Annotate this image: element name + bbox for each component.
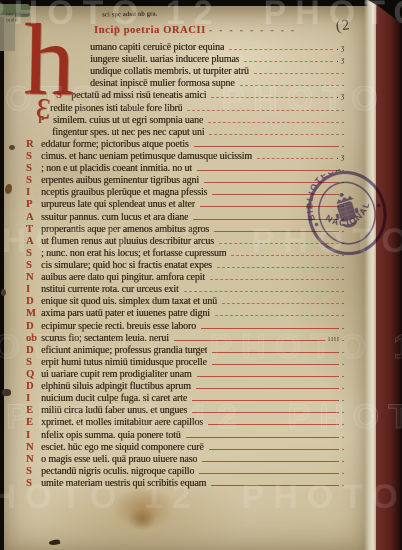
- line-text: scurus fio; sectantem leuia. nerui: [41, 333, 169, 344]
- line-filler: [212, 352, 339, 353]
- line-initial: ob: [26, 333, 41, 344]
- line-filler: [209, 449, 339, 450]
- margin-flourish: ʒ: [340, 55, 345, 64]
- line-end-dot: .: [342, 127, 344, 137]
- line-initial: I: [26, 284, 41, 295]
- line-end-dot: .: [342, 417, 344, 427]
- line-filler: [187, 110, 338, 111]
- line-text: eficiunt animique; professus grandia tur…: [41, 345, 207, 356]
- line-end-dot: .: [336, 90, 338, 100]
- line-filler: [210, 279, 339, 280]
- line-filler: [192, 412, 339, 413]
- line-text: cis simulare; quid hoc si fractis enatat…: [41, 260, 212, 271]
- line-end-dot: .: [342, 260, 344, 270]
- margin-ink-blot: [2, 389, 11, 396]
- line-text: umano capiti ceruicē pictor equina: [90, 42, 224, 53]
- line-text: nfelix opis summa. quia ponere totū: [41, 430, 181, 441]
- line-filler: [196, 388, 339, 389]
- line-text: desinat inpiscē mulier formosa supne: [90, 78, 235, 89]
- line-end-dot: .: [342, 308, 344, 318]
- line-filler: [184, 291, 339, 292]
- photo-border-left: [0, 0, 4, 550]
- line-initial: N: [26, 272, 41, 283]
- margin-ink-mark: [1, 289, 6, 296]
- line-text: erpentes auibus geminentur tigribus agni: [41, 175, 199, 186]
- line-text: ut flumen renus aut pluuius describitur …: [41, 236, 214, 247]
- line-text: ; nunc. non erat his locus; et fortasse …: [41, 248, 226, 259]
- line-end-dot: .: [342, 454, 344, 464]
- manuscript-line: A ssuitur pannus. cum lucus et ara diane…: [26, 212, 344, 224]
- line-text: nceptis grauibus plerūque et magna pfess…: [41, 187, 207, 198]
- line-text: cimus. et hanc ueniam petimusque damusqu…: [41, 151, 252, 162]
- line-initial: T: [26, 224, 41, 235]
- manuscript-line: fingentur spes. ut nec pes nec caput uni…: [26, 127, 344, 139]
- line-end-dot: .: [342, 405, 344, 415]
- line-filler: [211, 97, 333, 98]
- line-initial: M: [26, 308, 41, 319]
- line-text: ecipimur specie recti. breuis esse labor…: [41, 321, 196, 332]
- book-cover-edge: [376, 0, 402, 550]
- line-filler: [215, 315, 339, 316]
- manuscript-line: M axima pars uatū pater et iuuenes patre…: [26, 308, 344, 320]
- line-initial: Q: [26, 369, 41, 380]
- line-text: nuicium ducit culpe fuga. si caret arte: [41, 393, 187, 404]
- manuscript-line: A ut flumen renus aut pluuius describitu…: [26, 236, 344, 248]
- line-filler: [209, 134, 338, 135]
- line-end-dot: .: [342, 357, 344, 367]
- rubric-title-text: Incip̄ poetria ORACII: [94, 25, 206, 36]
- manuscript-line: D enique sit quod uis. simplex dum taxat…: [26, 296, 344, 308]
- line-initial: I: [26, 430, 41, 441]
- line-text: o magis esse ueli. quā prauo uiuere naso: [41, 454, 197, 465]
- line-text: pectandū nigris oculis. nigroque capillo: [41, 466, 194, 477]
- line-text: urpureus late qui splendeat unus et alte…: [41, 199, 195, 210]
- manuscript-line: D eficiunt animique; professus grandia t…: [26, 345, 344, 357]
- line-end-dot: .: [342, 272, 344, 282]
- manuscript-line: ob scurus fio; sectantem leuia. nerui II…: [26, 333, 344, 345]
- line-text: umite materiam uestris qui scribitis equ…: [41, 478, 206, 489]
- line-end-dot: .: [342, 284, 344, 294]
- line-filler: [229, 49, 333, 50]
- line-initial: S: [26, 163, 41, 174]
- line-end-dot: .: [342, 66, 344, 76]
- manuscript-line: D ecipimur specie recti. breuis esse lab…: [26, 321, 344, 333]
- line-end-dot: .: [342, 478, 344, 488]
- line-initial: S: [26, 175, 41, 186]
- line-initial: D: [26, 381, 41, 392]
- line-initial: I: [26, 393, 41, 404]
- line-filler: [257, 158, 334, 159]
- margin-flourish: ʒ: [340, 43, 345, 52]
- line-text: undique collatis membris. ut turpiter at…: [90, 66, 249, 77]
- line-initial: S: [26, 151, 41, 162]
- manuscript-line: E miliū circa ludū faber unus. et ungues…: [26, 405, 344, 417]
- line-end-dot: .: [342, 466, 344, 476]
- line-filler: [201, 328, 339, 329]
- line-text: eddatur forme; pictoribus atque poetis: [41, 139, 189, 150]
- line-text: miliū circa ludū faber unus. et ungues: [41, 405, 187, 416]
- margin-flourish: ʒ: [340, 91, 345, 100]
- line-text: ssuitur pannus. cum lucus et ara diane: [41, 212, 188, 223]
- line-filler: [222, 303, 339, 304]
- margin-numeral: IIII: [328, 336, 340, 343]
- line-text: ui uariare cupit rem prodigialiter unam: [41, 369, 192, 380]
- line-initial: P: [26, 199, 41, 210]
- line-initial: N: [26, 442, 41, 453]
- line-end-dot: .: [342, 333, 344, 343]
- line-end-dot: .: [342, 296, 344, 306]
- rubric-line-filler: - - - - - - - - -: [209, 25, 296, 35]
- manuscript-line: T properantis aque per amenos ambitus ag…: [26, 224, 344, 236]
- line-end-dot: .: [342, 115, 344, 125]
- parchment-stain-dark: [128, 508, 156, 530]
- line-filler: [186, 437, 339, 438]
- line-end-dot: .: [342, 381, 344, 391]
- line-initial: D: [26, 345, 41, 356]
- line-text: ; non e ut placidis coeant inmitia. no u…: [41, 163, 192, 174]
- line-text: properantis aque per amenos ambitus agro…: [41, 224, 209, 235]
- line-filler: [202, 461, 339, 462]
- manuscript-line: S umite materiam uestris qui scribitis e…: [26, 478, 344, 490]
- line-initial: N: [26, 454, 41, 465]
- line-text: fingentur spes. ut nec pes nec caput uni: [52, 127, 204, 138]
- manuscript-line: S ; nunc. non erat his locus; et fortass…: [26, 248, 344, 260]
- line-text: esciet. hūc ego me siquid componere curē: [41, 442, 204, 453]
- line-text: enique sit quod uis. simplex dum taxat e…: [41, 296, 217, 307]
- line-text: axima pars uatū pater et iuuenes patre d…: [41, 308, 210, 319]
- line-initial: S: [26, 248, 41, 259]
- manuscript-line: S ; non e ut placidis coeant inmitia. no…: [26, 163, 344, 175]
- scribal-invocation: sci spc adsit nb gra.: [102, 11, 157, 19]
- line-filler: [197, 170, 339, 171]
- line-text: erpit humi tutus nimiū timidusque procel…: [41, 357, 207, 368]
- line-initial: S: [26, 260, 41, 271]
- line-initial: S: [26, 478, 41, 489]
- manuscript-line: S pectandū nigris oculis. nigroque capil…: [26, 466, 344, 478]
- line-text: similem. cuius ut ut egri sompnia uane: [53, 115, 203, 126]
- line-initial: A: [26, 212, 41, 223]
- line-end-dot: .: [342, 393, 344, 403]
- manuscript-line: I nfelix opis summa. quia ponere totū .: [26, 430, 344, 442]
- line-filler: [211, 485, 339, 486]
- manuscript-line: N o magis esse ueli. quā prauo uiuere na…: [26, 454, 344, 466]
- line-end-dot: .: [342, 442, 344, 452]
- manuscript-line: R eddatur forme; pictoribus atque poetis…: [26, 139, 344, 151]
- manuscript-line: S cis simulare; quid hoc si fractis enat…: [26, 260, 344, 272]
- manuscript-line: I nuicium ducit culpe fuga. si caret art…: [26, 393, 344, 405]
- manuscript-line: S erpit humi tutus nimiū timidusque proc…: [26, 357, 344, 369]
- line-end-dot: .: [342, 321, 344, 331]
- line-initial: E: [26, 405, 41, 416]
- line-filler: [192, 400, 339, 401]
- line-end-dot: .: [336, 54, 338, 64]
- ornate-initial-c: Ɛ: [35, 94, 52, 124]
- line-end-dot: .: [336, 151, 338, 161]
- line-end-dot: .: [336, 42, 338, 52]
- line-end-dot: .: [342, 369, 344, 379]
- line-text: nstitui currente rota. cur urceus exit: [41, 284, 179, 295]
- margin-flourish: ʒ: [340, 152, 345, 161]
- line-text: auibus aere dato qui pingitur. amfora ce…: [41, 272, 205, 283]
- line-filler: [254, 73, 339, 74]
- line-text: pectatū ad missi risū teneatis amici: [71, 90, 206, 101]
- margin-ink-mark: [9, 145, 15, 150]
- manuscript-line: Q ui uariare cupit rem prodigialiter una…: [26, 369, 344, 381]
- line-filler: [240, 85, 339, 86]
- line-end-dot: .: [342, 103, 344, 113]
- line-text: elphinū siluis adpingit fluctibus aprum: [41, 381, 191, 392]
- line-filler: [217, 267, 339, 268]
- line-initial: D: [26, 296, 41, 307]
- line-initial: I: [26, 187, 41, 198]
- line-initial: S: [26, 466, 41, 477]
- line-initial: R: [26, 139, 41, 150]
- line-initial: A: [26, 236, 41, 247]
- manuscript-line: S cimus. et hanc ueniam petimusque damus…: [26, 151, 344, 163]
- manuscript-line: E xprimet. et molles imitabitur aere cap…: [26, 417, 344, 429]
- line-end-dot: .: [342, 345, 344, 355]
- line-filler: [208, 122, 339, 123]
- line-filler: [194, 146, 339, 147]
- line-filler: [208, 424, 339, 425]
- manuscript-line: P urpureus late qui splendeat unus et al…: [26, 199, 344, 211]
- line-initial: S: [26, 357, 41, 368]
- line-initial: E: [26, 417, 41, 428]
- rubric-title: Incip̄ poetria ORACII - - - - - - - - -: [94, 25, 296, 36]
- manuscript-line: D elphinū siluis adpingit fluctibus apru…: [26, 381, 344, 393]
- manuscript-photo: hor poetria oratii sci spc adsit nb gra.…: [0, 0, 402, 550]
- line-initial: D: [26, 321, 41, 332]
- manuscript-line: N esciet. hūc ego me siquid componere cu…: [26, 442, 344, 454]
- line-end-dot: .: [342, 430, 344, 440]
- line-filler: [244, 61, 333, 62]
- line-filler: [212, 364, 339, 365]
- line-text: iungere siuelit. uarias inducere plumas: [90, 54, 239, 65]
- line-filler: [197, 376, 339, 377]
- line-text: xprimet. et molles imitabitur aere capil…: [41, 417, 203, 428]
- folio-number: (2: [335, 17, 352, 36]
- manuscript-line: I nstitui currente rota. cur urceus exit…: [26, 284, 344, 296]
- manuscript-line: N auibus aere dato qui pingitur. amfora …: [26, 272, 344, 284]
- line-end-dot: .: [342, 139, 344, 149]
- line-filler: [199, 473, 339, 474]
- line-filler: [174, 340, 325, 341]
- line-end-dot: .: [342, 78, 344, 88]
